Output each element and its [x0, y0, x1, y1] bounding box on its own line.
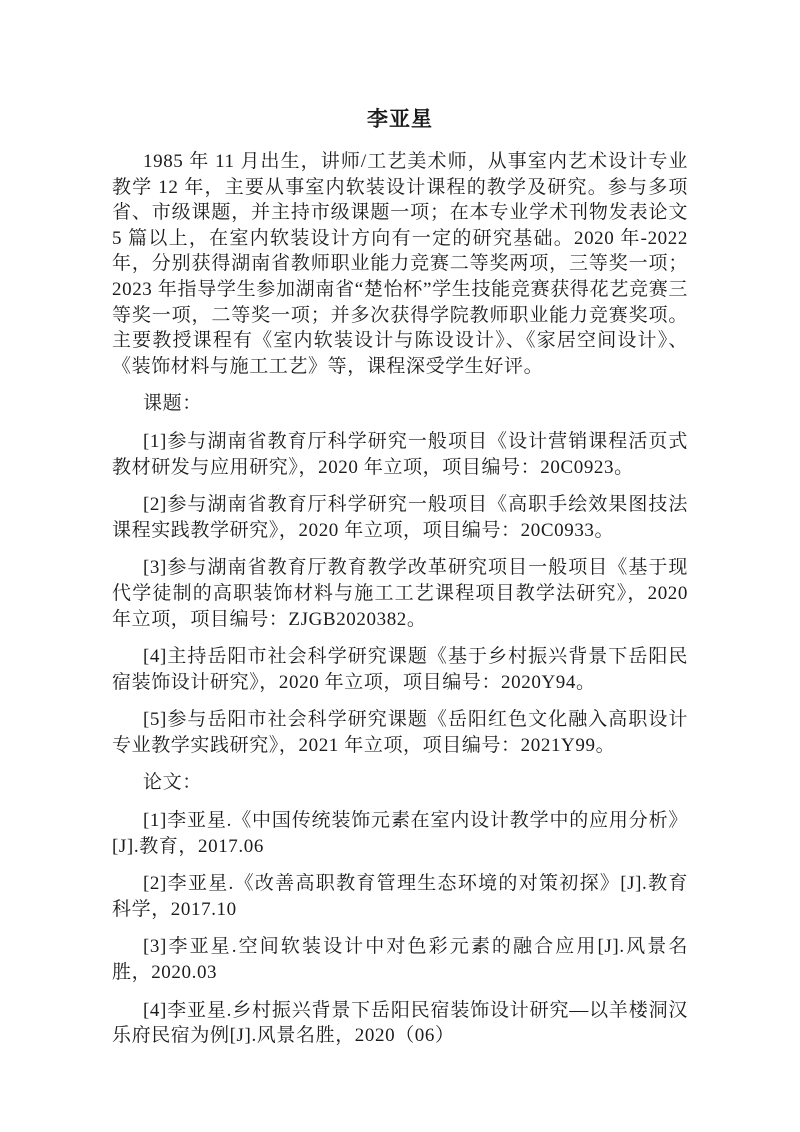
document-title: 李亚星 [112, 106, 688, 133]
research-project-item-1: [1]参与湖南省教育厅科学研究一般项目《设计营销课程活页式教材研发与应用研究》，… [112, 429, 688, 480]
research-project-item-3: [3]参与湖南省教育厅教育教学改革研究项目一般项目《基于现代学徒制的高职装饰材料… [112, 555, 688, 632]
section-heading-research-projects: 课题： [112, 391, 688, 417]
paper-item-4: [4]李亚星.乡村振兴背景下岳阳民宿装饰设计研究—以羊楼洞汉乐府民宿为例[J].… [112, 998, 688, 1049]
paper-item-3: [3]李亚星.空间软装设计中对色彩元素的融合应用[J].风景名胜，2020.03 [112, 934, 688, 985]
paper-item-2: [2]李亚星.《改善高职教育管理生态环境的对策初探》[J].教育科学，2017.… [112, 871, 688, 922]
research-project-item-5: [5]参与岳阳市社会科学研究课题《岳阳红色文化融入高职设计专业教学实践研究》，2… [112, 707, 688, 758]
intro-paragraph: 1985 年 11 月出生，讲师/工艺美术师，从事室内艺术设计专业教学 12 年… [112, 149, 688, 379]
research-project-item-4: [4]主持岳阳市社会科学研究课题《基于乡村振兴背景下岳阳民宿装饰设计研究》，20… [112, 644, 688, 695]
document-page: 李亚星 1985 年 11 月出生，讲师/工艺美术师，从事室内艺术设计专业教学 … [0, 0, 800, 1132]
paper-item-1: [1]李亚星.《中国传统装饰元素在室内设计教学中的应用分析》[J].教育，201… [112, 808, 688, 859]
research-project-item-2: [2]参与湖南省教育厅科学研究一般项目《高职手绘效果图技法课程实践教学研究》，2… [112, 492, 688, 543]
section-heading-papers: 论文： [112, 770, 688, 796]
